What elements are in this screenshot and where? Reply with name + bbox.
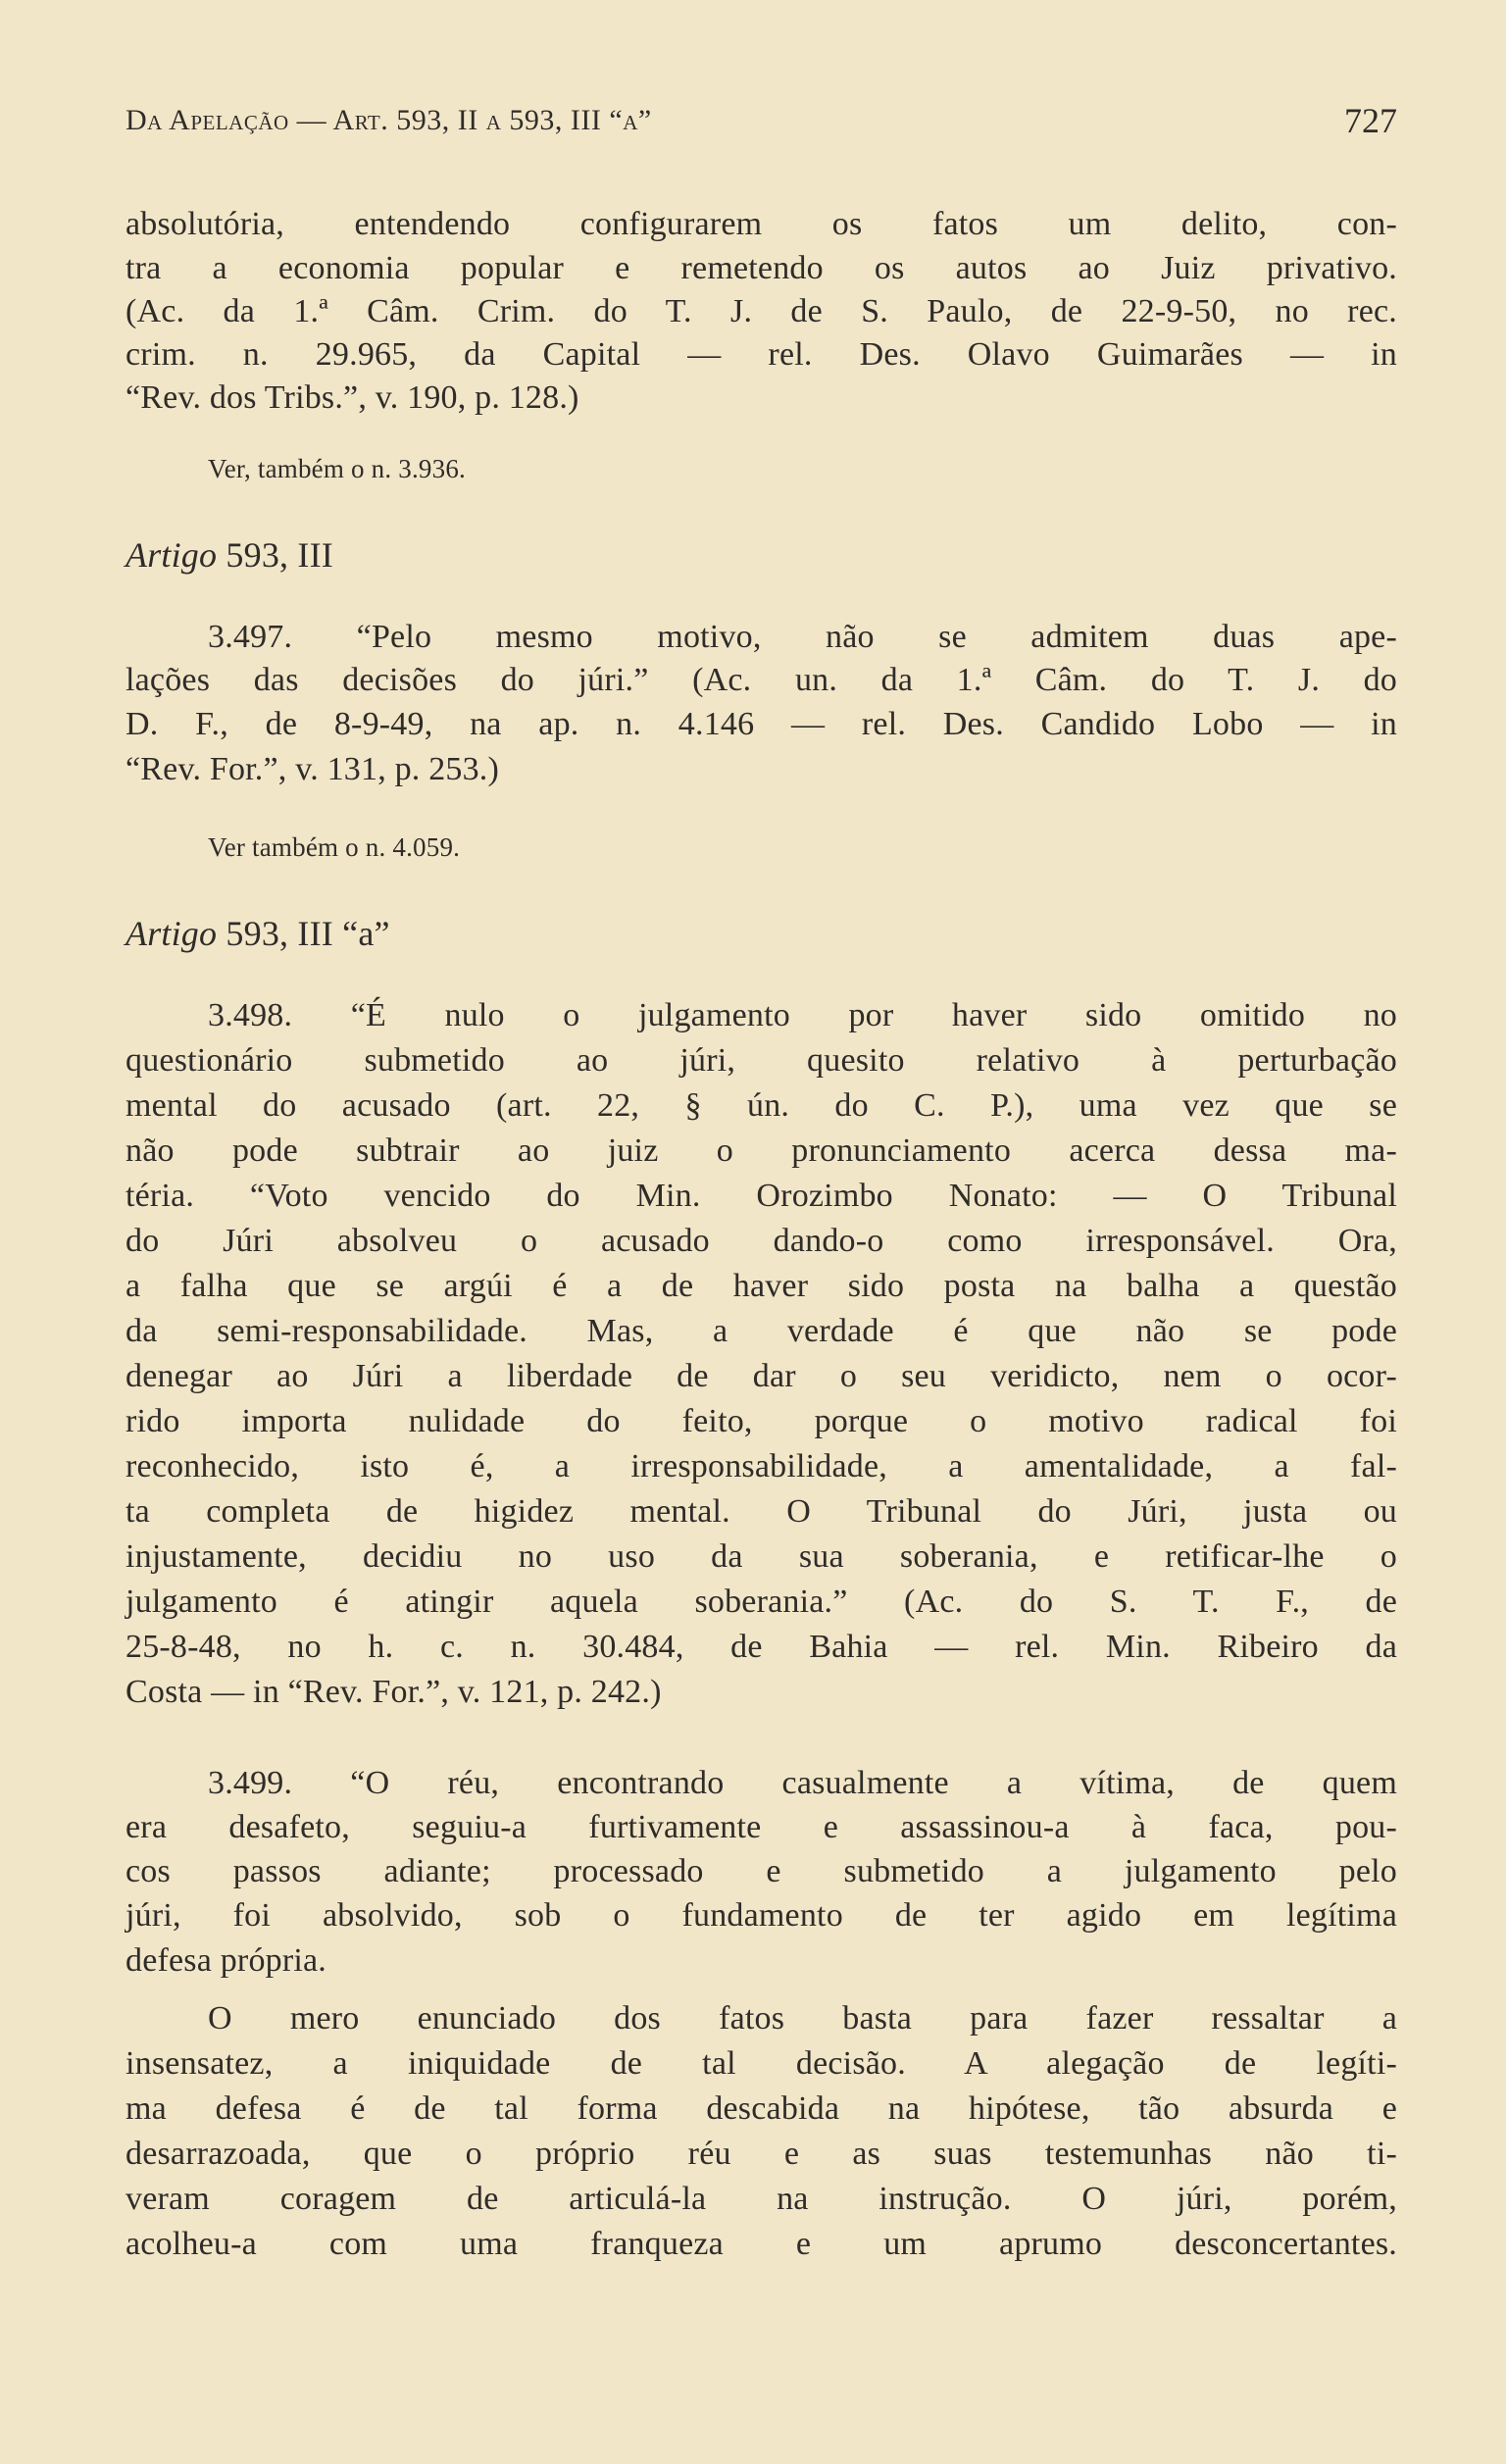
text-line: era desafeto, seguiu-a furtivamente e as… (125, 1806, 1397, 1849)
text-line: 3.498. “É nulo o julgamento por haver si… (208, 994, 1397, 1037)
text-line: da semi-responsabilidade. Mas, a verdade… (125, 1310, 1397, 1353)
text-line: rido importa nulidade do feito, porque o… (125, 1400, 1397, 1443)
text-line: Costa — in “Rev. For.”, v. 121, p. 242.) (125, 1671, 1397, 1714)
text-line: absolutória, entendendo configurarem os … (125, 203, 1397, 246)
text-line: mental do acusado (art. 22, § ún. do C. … (125, 1084, 1397, 1128)
text-line: D. F., de 8-9-49, na ap. n. 4.146 — rel.… (125, 703, 1397, 746)
text-line: O mero enunciado dos fatos basta para fa… (208, 1997, 1397, 2040)
text-line: do Júri absolveu o acusado dando-o como … (125, 1220, 1397, 1263)
text-line: julgamento é atingir aquela soberania.” … (125, 1581, 1397, 1624)
text-line: (Ac. da 1.ª Câm. Crim. do T. J. de S. Pa… (125, 290, 1397, 333)
text-line: “Rev. dos Tribs.”, v. 190, p. 128.) (125, 377, 1397, 420)
text-line: 3.499. “O réu, encontrando casualmente a… (208, 1762, 1397, 1805)
text-line: veram coragem de articulá-la na instruçã… (125, 2178, 1397, 2221)
text-line: reconhecido, isto é, a irresponsabilidad… (125, 1445, 1397, 1488)
text-line: crim. n. 29.965, da Capital — rel. Des. … (125, 333, 1397, 377)
text-line: insensatez, a iniquidade de tal decisão.… (125, 2042, 1397, 2086)
text-line: acolheu-a com uma franqueza e um aprumo … (125, 2223, 1397, 2266)
cross-reference: Ver, também o n. 3.936. (208, 447, 466, 490)
section-heading-rest: 593, III (217, 535, 333, 575)
section-heading-italic: Artigo (125, 914, 217, 953)
text-line: ta completa de higidez mental. O Tribuna… (125, 1490, 1397, 1534)
text-line: “Rev. For.”, v. 131, p. 253.) (125, 748, 1397, 791)
text-line: 3.497. “Pelo mesmo motivo, não se admite… (208, 616, 1397, 659)
text-line: ma defesa é de tal forma descabida na hi… (125, 2087, 1397, 2131)
book-page: Da Apelação — Art. 593, II a 593, III “a… (0, 0, 1506, 2464)
text-line: defesa própria. (125, 1939, 1397, 1983)
text-line: cos passos adiante; processado e submeti… (125, 1850, 1397, 1893)
section-heading-italic: Artigo (125, 535, 217, 575)
text-line: injustamente, decidiu no uso da sua sobe… (125, 1535, 1397, 1579)
section-heading-rest: 593, III “a” (217, 914, 390, 953)
cross-reference: Ver também o n. 4.059. (208, 826, 460, 869)
text-line: não pode subtrair ao juiz o pronunciamen… (125, 1130, 1397, 1173)
text-line: lações das decisões do júri.” (Ac. un. d… (125, 659, 1397, 702)
text-line: a falha que se argúi é a de haver sido p… (125, 1265, 1397, 1308)
text-line: denegar ao Júri a liberdade de dar o seu… (125, 1355, 1397, 1398)
running-head: Da Apelação — Art. 593, II a 593, III “a… (125, 104, 652, 137)
section-heading: Artigo 593, III “a” (125, 912, 1397, 955)
page-number: 727 (1344, 100, 1397, 141)
text-line: téria. “Voto vencido do Min. Orozimbo No… (125, 1175, 1397, 1218)
text-line: júri, foi absolvido, sob o fundamento de… (125, 1894, 1397, 1937)
text-line: questionário submetido ao júri, quesito … (125, 1039, 1397, 1082)
text-line: desarrazoada, que o próprio réu e as sua… (125, 2133, 1397, 2176)
text-line: 25-8-48, no h. c. n. 30.484, de Bahia — … (125, 1626, 1397, 1669)
text-line: tra a economia popular e remetendo os au… (125, 247, 1397, 290)
section-heading: Artigo 593, III (125, 533, 1397, 577)
